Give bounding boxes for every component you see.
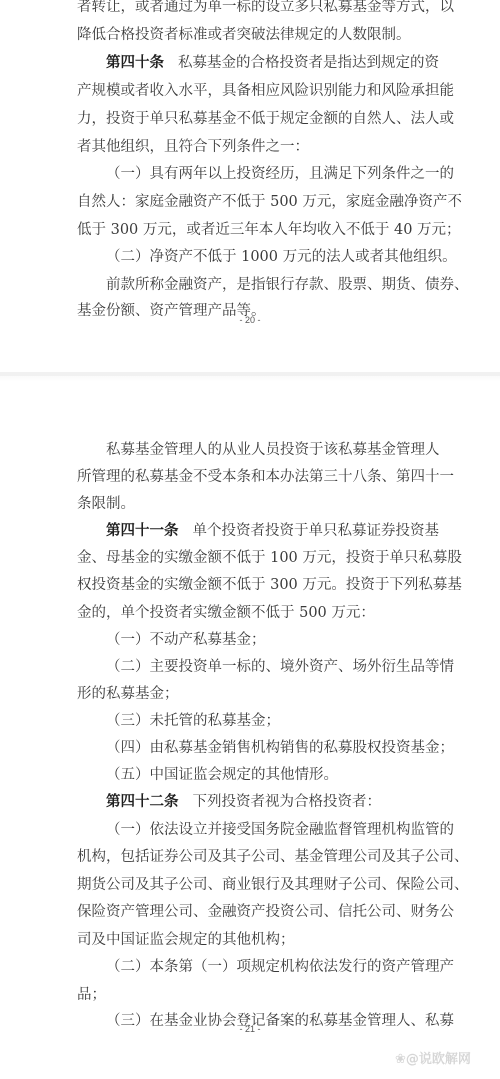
text-line: （二）净资产不低于 1000 万元的法人或者其他组织。	[106, 247, 424, 267]
watermark-text: @说欧解网	[406, 1052, 471, 1067]
text-line: （四）由私募基金销售机构销售的私募股权投资基金；	[106, 738, 424, 758]
text-line: 司及中国证监会规定的其他机构；	[77, 930, 424, 950]
article-42-line: 第四十二条下列投资者视为合格投资者：	[106, 792, 424, 812]
page-number: - 21 -	[0, 1024, 500, 1034]
article-text: 下列投资者视为合格投资者：	[193, 794, 382, 810]
watermark: ❀@说欧解网	[395, 1048, 471, 1067]
text-line: （一）具有两年以上投资经历，且满足下列条件之一的	[106, 164, 424, 184]
text-line: 机构，包括证券公司及其子公司、基金管理公司及其子公司、	[77, 847, 424, 867]
text-line: 金的，单个投资者实缴金额不低于 500 万元：	[77, 603, 424, 623]
text-line: 品；	[77, 985, 424, 1005]
text-line: （一）依法设立并接受国务院金融监督管理机构监管的	[106, 820, 424, 840]
text-line: （五）中国证监会规定的其他情形。	[106, 765, 424, 785]
text-line: 力，投资于单只私募基金不低于规定金额的自然人、法人或	[77, 109, 424, 129]
article-text: 私募基金的合格投资者是指达到规定的资	[178, 55, 439, 71]
text-line: 形的私募基金；	[77, 684, 424, 704]
text-line: 者转让，或者通过为单一标的设立多只私募基金等方式，以	[77, 0, 424, 17]
text-line: （一）不动产私募基金；	[106, 630, 424, 650]
text-line: 者其他组织，且符合下列条件之一：	[77, 137, 424, 157]
text-line: 金、母基金的实缴金额不低于 100 万元，投资于单只私募股	[77, 548, 424, 568]
text-line: 权投资基金的实缴金额不低于 300 万元。投资于下列私募基	[77, 575, 424, 595]
text-line: （三）未托管的私募基金；	[106, 711, 424, 731]
text-line: 保险资产管理公司、金融资产投资公司、信托公司、财务公	[77, 902, 424, 922]
text-line: （二）本条第（一）项规定机构依法发行的资产管理产	[106, 957, 424, 977]
text-line: 私募基金管理人的从业人员投资于该私募基金管理人	[106, 440, 424, 460]
article-heading: 第四十二条	[106, 793, 179, 810]
text-line: 期货公司及其子公司、商业银行及其理财子公司、保险公司、	[77, 875, 424, 895]
article-heading: 第四十条	[106, 54, 164, 71]
article-heading: 第四十一条	[106, 522, 179, 539]
text-line: 产规模或者收入水平，具备相应风险识别能力和风险承担能	[77, 81, 424, 101]
text-line: 前款所称金融资产，是指银行存款、股票、期货、债券、	[106, 275, 424, 295]
page-number: - 20 -	[0, 315, 500, 325]
text-line: 低于 300 万元，或者近三年本人年均收入不低于 40 万元；	[77, 220, 424, 240]
text-line: 降低合格投资者标准或者突破法律规定的人数限制。	[77, 25, 424, 45]
text-line: 所管理的私募基金不受本条和本办法第三十八条、第四十一	[77, 467, 424, 487]
article-41-line: 第四十一条单个投资者投资于单只私募证券投资基	[106, 521, 424, 541]
paw-icon: ❀	[395, 1052, 406, 1067]
article-text: 单个投资者投资于单只私募证券投资基	[193, 523, 440, 539]
text-line: 条限制。	[77, 494, 424, 514]
text-line: 自然人：家庭金融资产不低于 500 万元，家庭金融净资产不	[77, 192, 424, 212]
article-40-line: 第四十条私募基金的合格投资者是指达到规定的资	[106, 53, 424, 73]
text-line: （二）主要投资单一标的、境外资产、场外衍生品等情	[106, 657, 424, 677]
